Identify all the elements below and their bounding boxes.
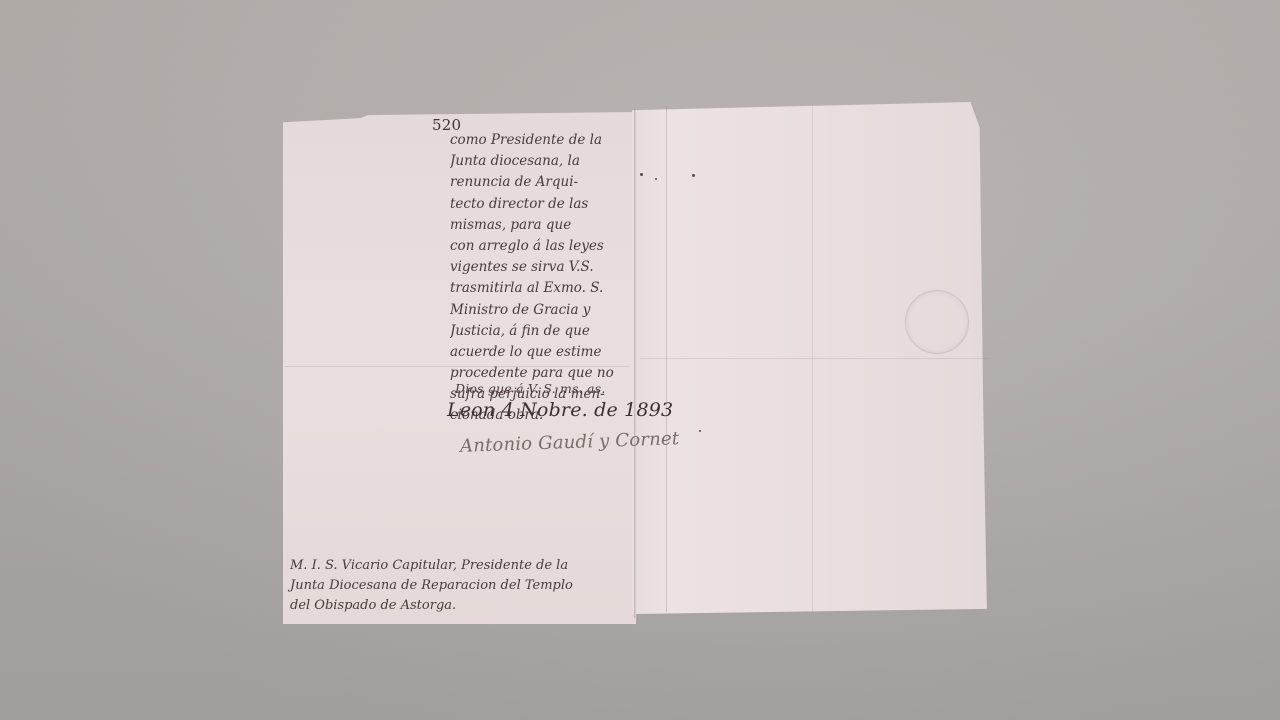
ink-speck bbox=[640, 173, 643, 176]
embossed-seal-icon bbox=[905, 290, 969, 354]
addressee-line: Junta Diocesana de Reparacion del Templo bbox=[290, 576, 640, 596]
body-line: renuncia de Arqui- bbox=[450, 172, 635, 193]
addressee-line: M. I. S. Vicario Capitular, Presidente d… bbox=[290, 556, 640, 576]
closing-formula: Dios gue á V. S. ms. as. bbox=[455, 381, 606, 396]
addressee-line: del Obispado de Astorga. bbox=[290, 596, 640, 616]
body-line: mismas, para que bbox=[450, 215, 635, 236]
addressee-block: M. I. S. Vicario Capitular, Presidente d… bbox=[290, 556, 640, 616]
horizontal-fold-right bbox=[640, 358, 990, 359]
margin-fold-line bbox=[666, 106, 667, 612]
body-line: como Presidente de la bbox=[450, 130, 635, 151]
body-line: con arreglo á las leyes bbox=[450, 236, 635, 257]
body-line: tecto director de las bbox=[450, 194, 635, 215]
body-line: Ministro de Gracia y bbox=[450, 300, 635, 321]
place-date: Leon 4 Nobre. de 1893 bbox=[447, 399, 673, 421]
ink-speck bbox=[655, 178, 657, 180]
body-line: Junta diocesana, la bbox=[450, 151, 635, 172]
body-line: Justicia, á fin de que bbox=[450, 321, 635, 342]
ink-speck bbox=[699, 430, 701, 432]
body-line: trasmitirla al Exmo. S. bbox=[450, 278, 635, 299]
body-line: acuerde lo que estime bbox=[450, 342, 635, 363]
ink-speck bbox=[692, 174, 695, 177]
vertical-fold-right bbox=[812, 104, 813, 612]
body-line: vigentes se sirva V.S. bbox=[450, 257, 635, 278]
